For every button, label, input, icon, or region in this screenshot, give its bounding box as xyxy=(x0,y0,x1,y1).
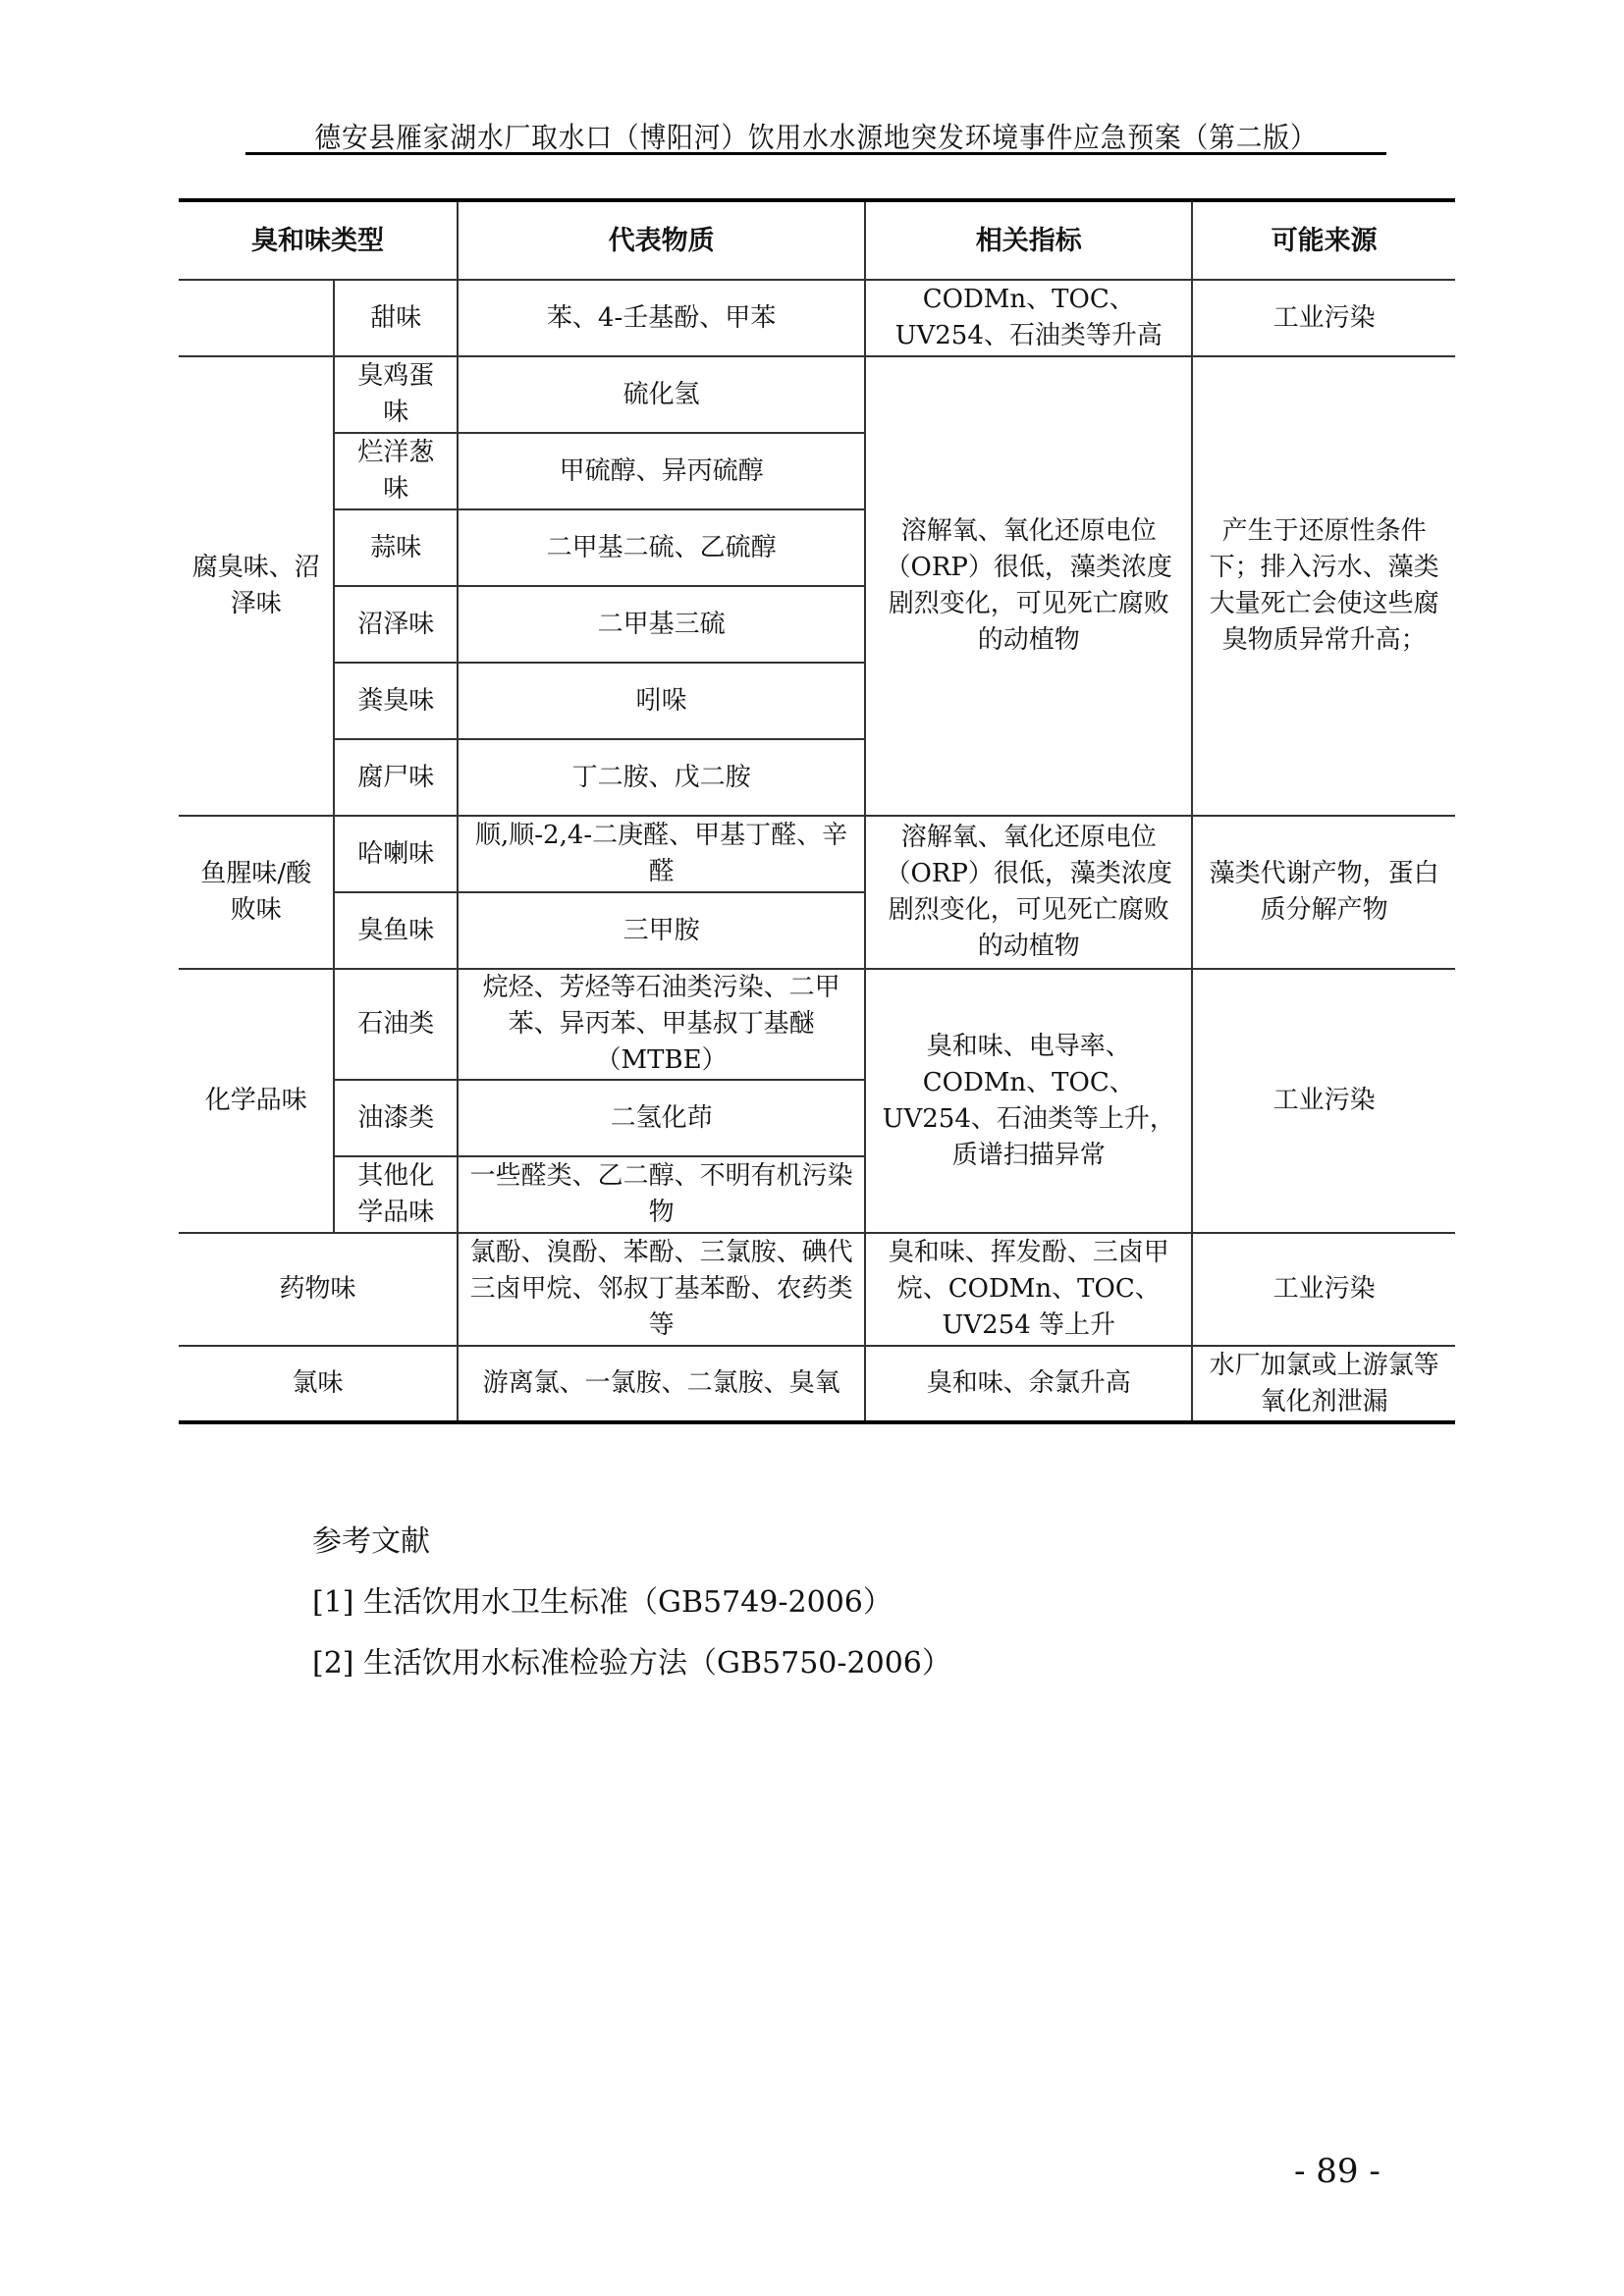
sources-cell: 工业污染 xyxy=(1192,969,1455,1233)
substances-cell: 吲哚 xyxy=(458,663,865,739)
substances-cell: 烷烃、芳烃等石油类污染、二甲苯、异丙苯、甲基叔丁基醚（MTBE） xyxy=(458,969,865,1080)
indicators-cell: 臭和味、电导率、CODMn、TOC、UV254、石油类等上升，质谱扫描异常 xyxy=(865,969,1192,1233)
sources-cell: 工业污染 xyxy=(1192,280,1455,356)
substances-cell: 顺,顺-2,4-二庚醛、甲基丁醛、辛醛 xyxy=(458,816,865,892)
substances-cell: 甲硫醇、异丙硫醇 xyxy=(458,433,865,509)
indicators-cell: 溶解氧、氧化还原电位（ORP）很低，藻类浓度剧烈变化，可见死亡腐败的动植物 xyxy=(865,356,1192,816)
subtype-cell: 沼泽味 xyxy=(334,586,458,663)
running-header: 德安县雁家湖水厂取水口（博阳河）饮用水水源地突发环境事件应急预案（第二版） xyxy=(291,116,1340,156)
references-title: 参考文献 xyxy=(312,1512,951,1573)
reference-item: [2] 生活饮用水标准检验方法（GB5750-2006） xyxy=(312,1633,951,1694)
references-section: 参考文献 [1] 生活饮用水卫生标准（GB5749-2006） [2] 生活饮用… xyxy=(312,1512,951,1694)
category-cell: 化学品味 xyxy=(179,969,334,1233)
column-header-odor-type: 臭和味类型 xyxy=(179,200,458,280)
sources-cell: 工业污染 xyxy=(1192,1233,1455,1346)
category-cell: 鱼腥味/酸败味 xyxy=(179,816,334,969)
table-header-row: 臭和味类型 代表物质 相关指标 可能来源 xyxy=(179,200,1455,280)
subtype-cell: 蒜味 xyxy=(334,509,458,586)
column-header-substances: 代表物质 xyxy=(458,200,865,280)
table-row: 甜味 苯、4-壬基酚、甲苯 CODMn、TOC、UV254、石油类等升高 工业污… xyxy=(179,280,1455,356)
substances-cell: 苯、4-壬基酚、甲苯 xyxy=(458,280,865,356)
table-row: 化学品味 石油类 烷烃、芳烃等石油类污染、二甲苯、异丙苯、甲基叔丁基醚（MTBE… xyxy=(179,969,1455,1080)
subtype-cell: 甜味 xyxy=(334,280,458,356)
category-cell: 腐臭味、沼泽味 xyxy=(179,356,334,816)
sources-cell: 藻类代谢产物，蛋白质分解产物 xyxy=(1192,816,1455,969)
substances-cell: 氯酚、溴酚、苯酚、三氯胺、碘代三卤甲烷、邻叔丁基苯酚、农药类等 xyxy=(458,1233,865,1346)
substances-cell: 三甲胺 xyxy=(458,892,865,969)
subtype-cell: 臭鸡蛋味 xyxy=(334,356,458,433)
table-row: 鱼腥味/酸败味 哈喇味 顺,顺-2,4-二庚醛、甲基丁醛、辛醛 溶解氧、氧化还原… xyxy=(179,816,1455,892)
header-rule xyxy=(245,152,1386,155)
indicators-cell: 溶解氧、氧化还原电位（ORP）很低，藻类浓度剧烈变化，可见死亡腐败的动植物 xyxy=(865,816,1192,969)
substances-cell: 二甲基二硫、乙硫醇 xyxy=(458,509,865,586)
column-header-sources: 可能来源 xyxy=(1192,200,1455,280)
substances-cell: 丁二胺、戊二胺 xyxy=(458,739,865,816)
subtype-cell: 石油类 xyxy=(334,969,458,1080)
column-header-indicators: 相关指标 xyxy=(865,200,1192,280)
category-cell: 氯味 xyxy=(179,1346,458,1422)
category-cell: 药物味 xyxy=(179,1233,458,1346)
sources-cell: 产生于还原性条件下；排入污水、藻类大量死亡会使这些腐臭物质异常升高； xyxy=(1192,356,1455,816)
table-row: 药物味 氯酚、溴酚、苯酚、三氯胺、碘代三卤甲烷、邻叔丁基苯酚、农药类等 臭和味、… xyxy=(179,1233,1455,1346)
subtype-cell: 腐尸味 xyxy=(334,739,458,816)
odor-taste-table: 臭和味类型 代表物质 相关指标 可能来源 甜味 苯、4-壬基酚、甲苯 CODMn… xyxy=(179,198,1455,1424)
subtype-cell: 臭鱼味 xyxy=(334,892,458,969)
subtype-cell: 其他化学品味 xyxy=(334,1156,458,1233)
table-row: 腐臭味、沼泽味 臭鸡蛋味 硫化氢 溶解氧、氧化还原电位（ORP）很低，藻类浓度剧… xyxy=(179,356,1455,433)
subtype-cell: 烂洋葱味 xyxy=(334,433,458,509)
table-row: 氯味 游离氯、一氯胺、二氯胺、臭氧 臭和味、余氯升高 水厂加氯或上游氯等氧化剂泄… xyxy=(179,1346,1455,1422)
indicators-cell: 臭和味、余氯升高 xyxy=(865,1346,1192,1422)
indicators-cell: 臭和味、挥发酚、三卤甲烷、CODMn、TOC、UV254 等上升 xyxy=(865,1233,1192,1346)
substances-cell: 一些醛类、乙二醇、不明有机污染物 xyxy=(458,1156,865,1233)
subtype-cell: 油漆类 xyxy=(334,1080,458,1156)
indicators-cell: CODMn、TOC、UV254、石油类等升高 xyxy=(865,280,1192,356)
substances-cell: 游离氯、一氯胺、二氯胺、臭氧 xyxy=(458,1346,865,1422)
category-cell xyxy=(179,280,334,356)
reference-item: [1] 生活饮用水卫生标准（GB5749-2006） xyxy=(312,1573,951,1633)
sources-cell: 水厂加氯或上游氯等氧化剂泄漏 xyxy=(1192,1346,1455,1422)
substances-cell: 硫化氢 xyxy=(458,356,865,433)
substances-cell: 二氢化茚 xyxy=(458,1080,865,1156)
page-number: - 89 - xyxy=(1294,2152,1380,2191)
subtype-cell: 哈喇味 xyxy=(334,816,458,892)
substances-cell: 二甲基三硫 xyxy=(458,586,865,663)
subtype-cell: 粪臭味 xyxy=(334,663,458,739)
